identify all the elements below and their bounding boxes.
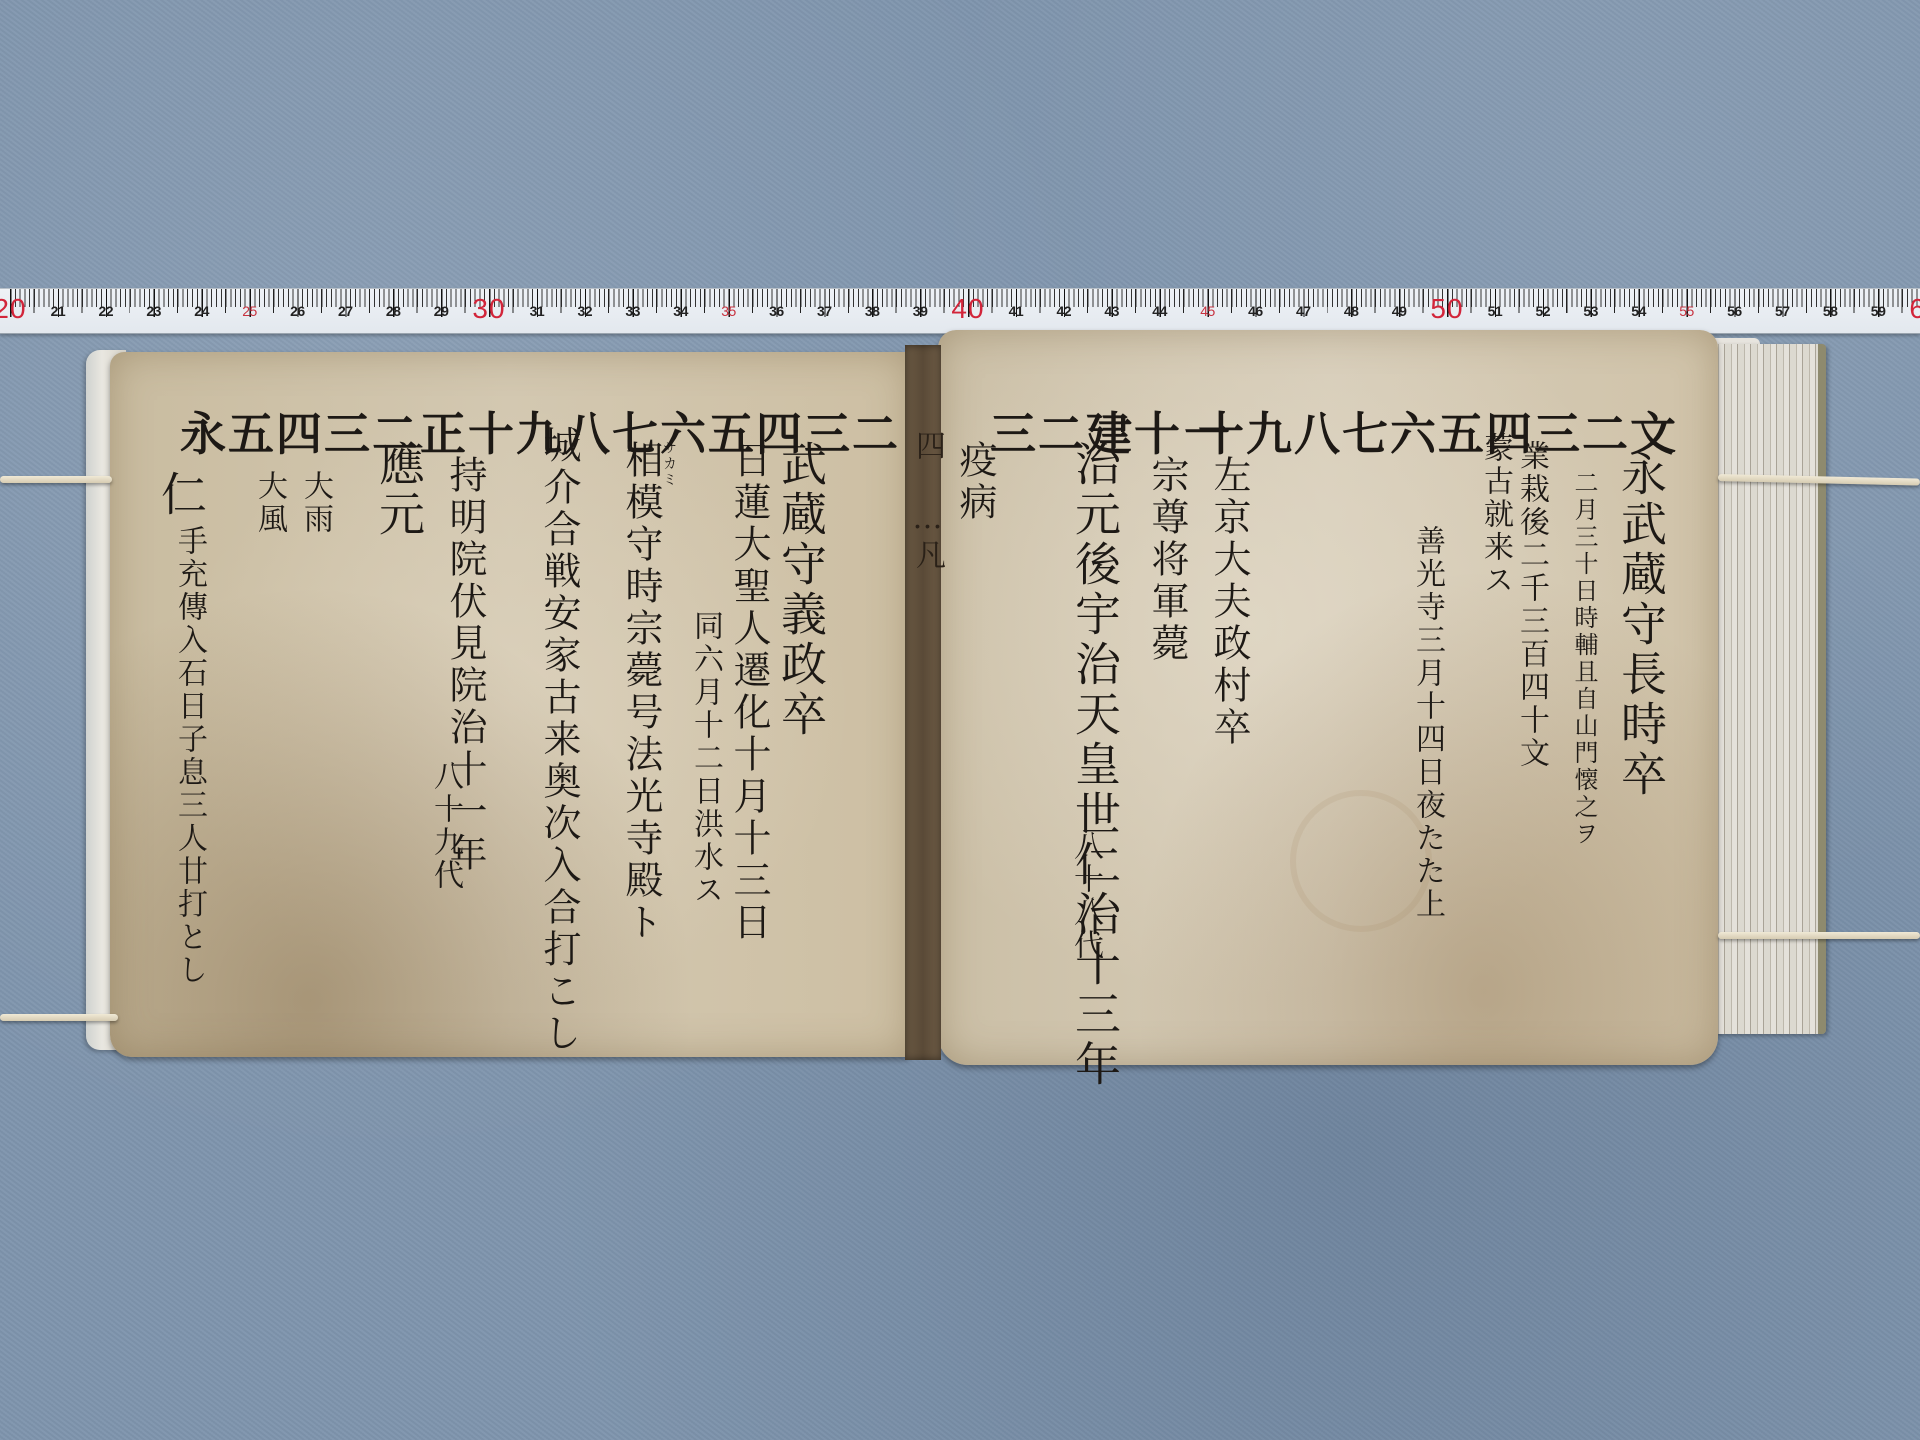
right-col-3: 業栽後二千三百四十文 [1516,440,1546,770]
left-col-3: 同六月十二日洪水ス [690,610,720,907]
gutter-column: 四 …凡 [912,430,942,572]
right-col-4: 蒙古就来ス [1480,432,1510,597]
right-col-10: 疫病 [956,440,994,524]
year-numeral: 三 [990,398,1038,464]
left-col-1: 武蔵守義政卒 [778,440,824,740]
left-col-8: 應元 [376,440,422,540]
right-col-5: 善光寺三月十四日夜たた上 [1412,525,1442,921]
right-col-2: 二月三十日時輔且自山門懐之ヲ [1572,470,1596,848]
left-lower-stick [0,1014,118,1021]
year-numeral: 七 [1342,398,1390,464]
year-numeral: 五 [228,398,276,464]
left-col-11: 仁 [158,470,204,520]
year-numeral: 八 [1294,398,1342,464]
year-numeral: 二 [852,398,900,464]
year-numeral: 九 [1246,398,1294,464]
left-col-2: 日蓮大聖人遷化十月十三日 [730,440,768,944]
left-col-9: 大雨 [300,470,330,536]
right-col-1: 永武蔵守長時卒 [1618,450,1664,800]
year-numeral: 三 [324,398,372,464]
right-col-6: 左京大夫政村卒 [1210,455,1248,749]
right-col-8: 治元後宇治天皇世仁治十三年 [1072,440,1118,1090]
left-col-4: 相模守時宗薨号法光寺殿ト [622,440,660,944]
left-upper-stick [0,476,112,483]
left-col-7: 八十九代 [430,760,460,892]
right-page-year-numerals: 文二三四五六七八九十十一建二三 [958,398,1678,464]
left-col-5: 城介合戦安家古来奥次入合打こし [540,425,578,1055]
year-numeral: 四 [276,398,324,464]
year-numeral: 永 [180,398,228,464]
year-numeral: 六 [1390,398,1438,464]
right-col-9: 八十八代 [1070,830,1100,962]
right-lower-stick [1718,932,1920,939]
right-col-7: 宗尊将軍薨 [1148,455,1186,665]
left-col-4-ruby: サカミ [662,440,676,488]
left-col-10: 大風 [254,470,284,536]
page-stack-right [1712,344,1826,1034]
open-manuscript: 文二三四五六七八九十十一建二三 永武蔵守長時卒 二月三十日時輔且自山門懐之ヲ 業… [0,0,1920,1440]
left-col-12: 手充傳入石日子息三人廿打とし [174,525,204,987]
